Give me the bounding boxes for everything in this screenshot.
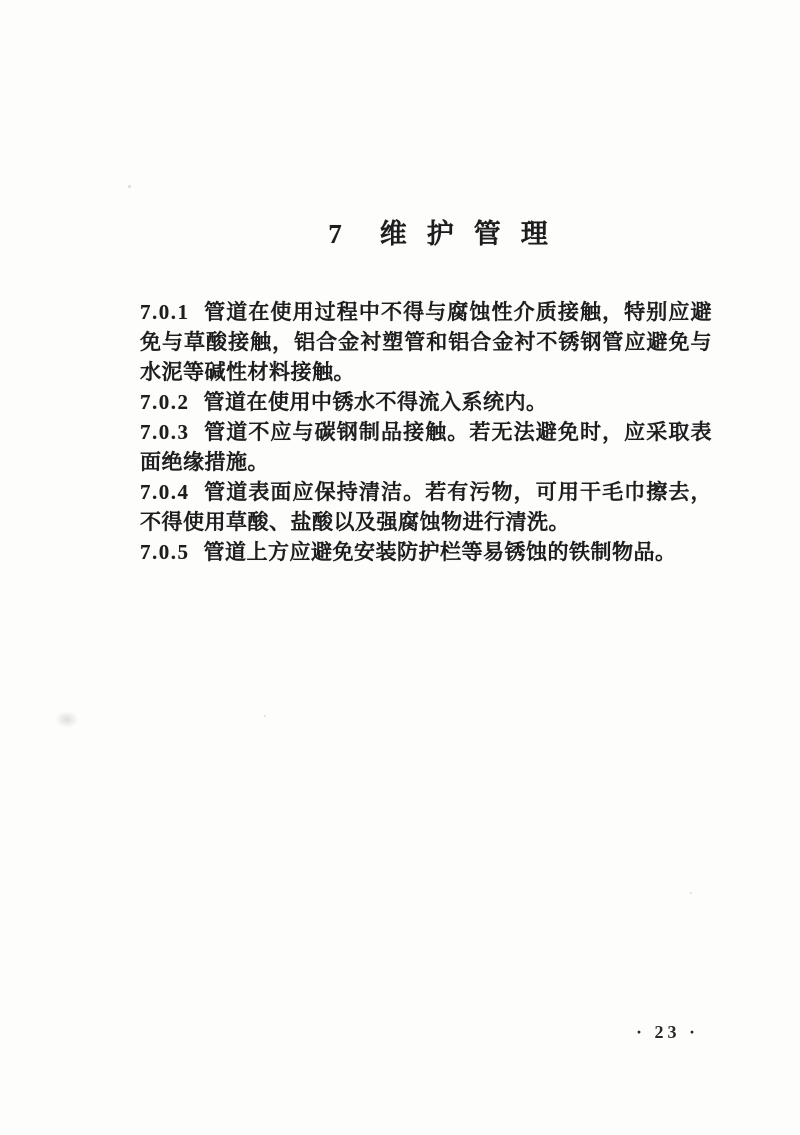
clause-text: 管道表面应保持清洁。若有污物，可用干毛巾擦去，不得使用草酸、盐酸以及强腐蚀物进行… xyxy=(140,480,712,534)
page-number: · 23 · xyxy=(636,1022,699,1043)
scan-speck xyxy=(264,715,266,717)
clause-number: 7.0.1 xyxy=(140,300,190,324)
clause-7-0-2: 7.0.2管道在使用中锈水不得流入系统内。 xyxy=(140,387,712,417)
clause-text: 管道上方应避免安装防护栏等易锈蚀的铁制物品。 xyxy=(204,540,677,564)
clause-number: 7.0.3 xyxy=(140,420,190,444)
clause-number: 7.0.2 xyxy=(140,390,190,414)
scan-smudge xyxy=(55,711,79,728)
scan-speck xyxy=(128,185,131,188)
document-page: 7维护管理 7.0.1管道在使用过程中不得与腐蚀性介质接触，特别应避免与草酸接触… xyxy=(0,0,800,1135)
clause-number: 7.0.4 xyxy=(140,480,190,504)
clause-number: 7.0.5 xyxy=(140,540,190,564)
clause-7-0-1: 7.0.1管道在使用过程中不得与腐蚀性介质接触，特别应避免与草酸接触，铝合金衬塑… xyxy=(140,297,712,387)
chapter-number: 7 xyxy=(328,219,342,249)
clause-text: 管道不应与碳钢制品接触。若无法避免时，应采取表面绝缘措施。 xyxy=(140,420,712,474)
chapter-title: 维护管理 xyxy=(380,219,568,249)
clause-7-0-5: 7.0.5管道上方应避免安装防护栏等易锈蚀的铁制物品。 xyxy=(140,537,712,567)
clause-7-0-4: 7.0.4管道表面应保持清洁。若有污物，可用干毛巾擦去，不得使用草酸、盐酸以及强… xyxy=(140,477,712,537)
clause-7-0-3: 7.0.3管道不应与碳钢制品接触。若无法避免时，应采取表面绝缘措施。 xyxy=(140,417,712,477)
chapter-heading: 7维护管理 xyxy=(140,212,734,251)
scan-speck xyxy=(690,892,692,894)
clause-text: 管道在使用中锈水不得流入系统内。 xyxy=(204,390,548,414)
clause-text: 管道在使用过程中不得与腐蚀性介质接触，特别应避免与草酸接触，铝合金衬塑管和铝合金… xyxy=(140,300,712,384)
clause-list: 7.0.1管道在使用过程中不得与腐蚀性介质接触，特别应避免与草酸接触，铝合金衬塑… xyxy=(140,297,712,567)
